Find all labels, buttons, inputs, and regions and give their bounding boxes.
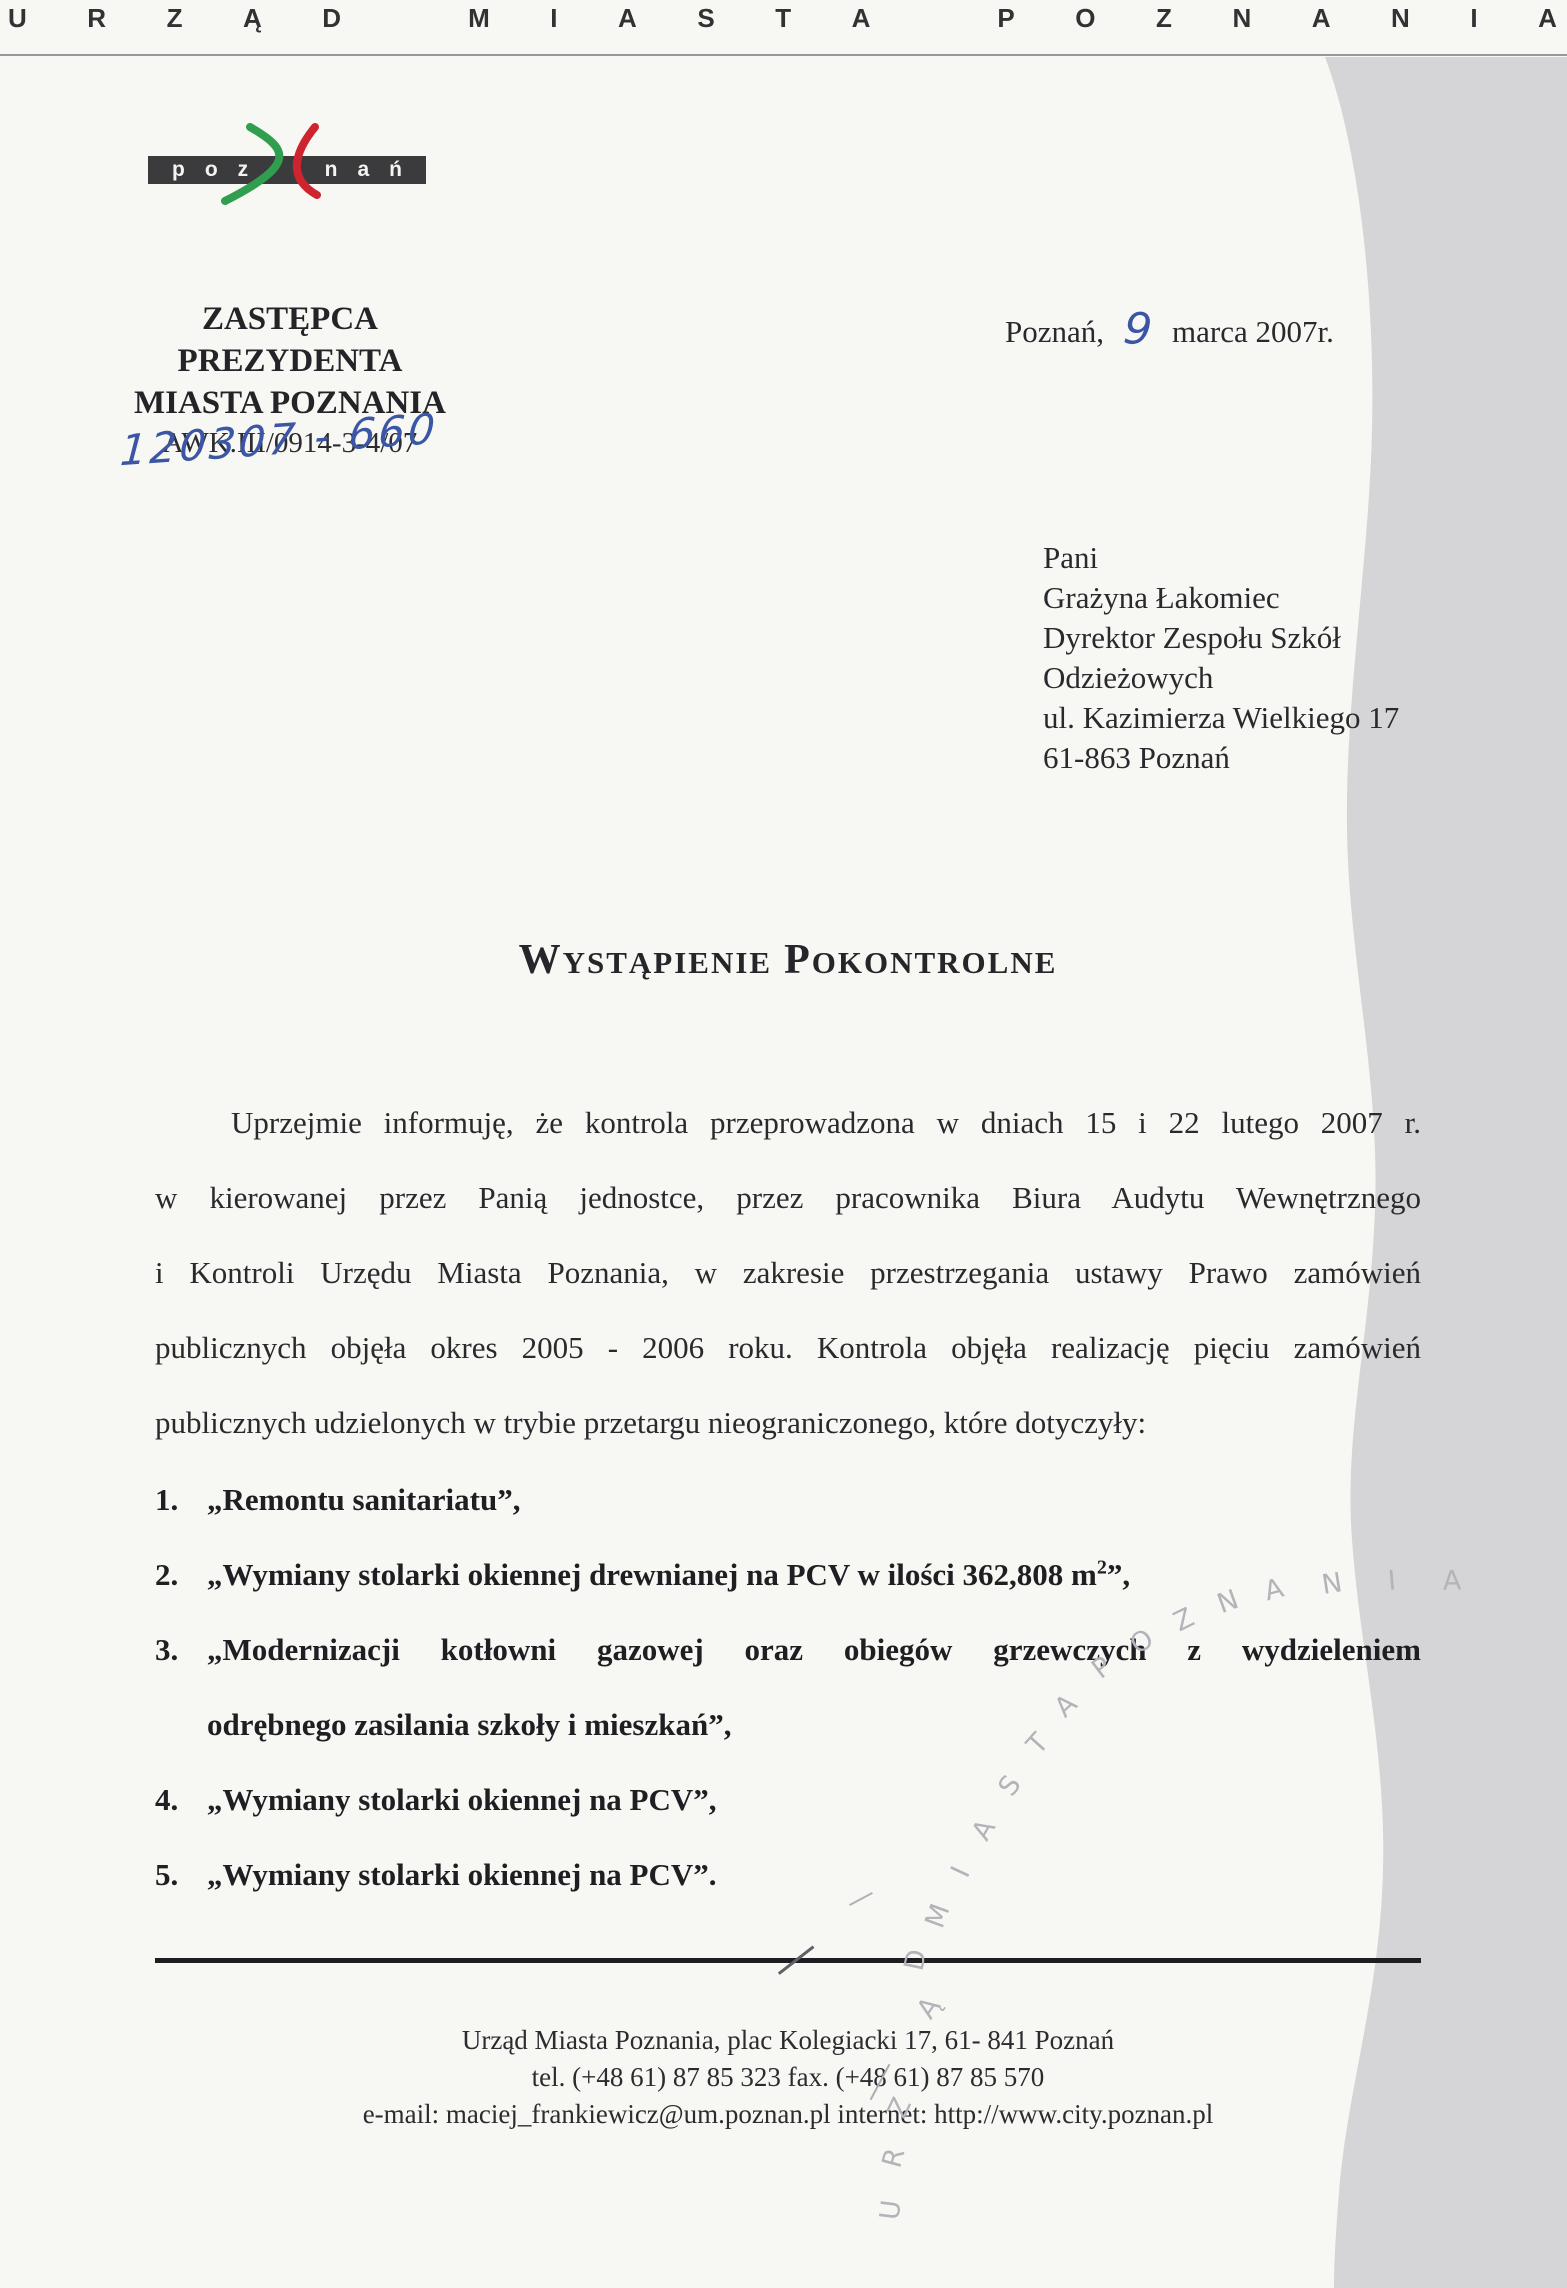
watermark-letter: Ą — [911, 1992, 947, 2025]
footer-address-line: Urząd Miasta Poznania, plac Kolegiacki 1… — [155, 2022, 1421, 2059]
letterhead-letter: N — [1232, 3, 1251, 34]
date-city: Poznań, — [1005, 314, 1104, 349]
recipient-line: Pani — [1043, 538, 1399, 578]
list-item: 3. „Modernizacji kotłowni gazowej oraz o… — [155, 1612, 1421, 1762]
list-item-line1: „Modernizacji kotłowni gazowej oraz obie… — [207, 1612, 1421, 1687]
watermark-letter: U — [874, 2198, 907, 2221]
list-item-text-span: „Wymiany stolarki okiennej na PCV”, — [207, 1782, 717, 1817]
footer-email-line: e-mail: maciej_frankiewicz@um.poznan.pl … — [155, 2096, 1421, 2133]
body-line: Uprzejmie informuję, że kontrola przepro… — [155, 1085, 1421, 1160]
body-line: w kierowanej przez Panią jednostce, prze… — [155, 1160, 1421, 1235]
recipient-block: Pani Grażyna Łakomiec Dyrektor Zespołu S… — [1043, 538, 1399, 778]
recipient-line: Odzieżowych — [1043, 658, 1399, 698]
body-line: publicznych udzielonych w trybie przetar… — [155, 1385, 1421, 1460]
letterhead-letter: U — [8, 3, 27, 34]
letterhead-letter: R — [87, 3, 106, 34]
letterhead-letter: N — [1391, 3, 1410, 34]
footer-rule — [155, 1958, 1421, 1963]
list-item: 5. „Wymiany stolarki okiennej na PCV”. — [155, 1837, 1421, 1912]
letterhead-letter: I — [1470, 3, 1477, 34]
letterhead-letter: A — [618, 3, 637, 34]
letterhead-rule — [0, 54, 1567, 56]
list-item-tail-span: ”, — [1107, 1557, 1130, 1592]
date-rest: marca 2007r. — [1172, 314, 1334, 349]
list-item: 1. „Remontu sanitariatu”, — [155, 1462, 1421, 1537]
sender-title-line1: ZASTĘPCA PREZYDENTA — [88, 298, 492, 382]
date-line: Poznań,9marca 2007r. — [1005, 302, 1334, 353]
contracts-list: 1. „Remontu sanitariatu”, 2. „Wymiany st… — [155, 1462, 1421, 1912]
list-item-text-span: „Remontu sanitariatu”, — [207, 1482, 520, 1517]
list-item-text: „Wymiany stolarki okiennej drewnianej na… — [207, 1537, 1421, 1612]
recipient-line: ul. Kazimierza Wielkiego 17 — [1043, 698, 1399, 738]
list-item-number: 4. — [155, 1762, 207, 1837]
document-title: WYSTĄPIENIEPOKONTROLNE — [155, 936, 1421, 984]
body-line: i Kontroli Urzędu Miasta Poznania, w zak… — [155, 1235, 1421, 1310]
logo-green-swoosh-icon — [225, 127, 279, 201]
list-item-number: 3. — [155, 1612, 207, 1687]
body-line: publicznych objęła okres 2005 - 2006 rok… — [155, 1310, 1421, 1385]
list-item-text-span: „Wymiany stolarki okiennej na PCV”. — [207, 1857, 717, 1892]
logo-swoosh-icon — [148, 114, 438, 226]
letterhead-letter: Ą — [243, 3, 262, 34]
list-item: 2. „Wymiany stolarki okiennej drewnianej… — [155, 1537, 1421, 1612]
list-item-number: 1. — [155, 1462, 207, 1537]
poznan-logo: poz nań — [148, 114, 438, 226]
letterhead-letter: O — [1075, 3, 1095, 34]
letterhead-letter: A — [852, 3, 871, 34]
list-item-text-span: „Wymiany stolarki okiennej drewnianej na… — [207, 1557, 1097, 1592]
list-item: 4. „Wymiany stolarki okiennej na PCV”, — [155, 1762, 1421, 1837]
letterhead-letters: URZĄDMIASTAPOZNANIA — [8, 2, 1557, 34]
list-item-text: „Wymiany stolarki okiennej na PCV”, — [207, 1762, 1421, 1837]
body-paragraph: Uprzejmie informuję, że kontrola przepro… — [155, 1085, 1421, 1460]
handwritten-day: 9 — [1121, 303, 1154, 357]
list-item-line2: odrębnego zasilania szkoły i mieszkań”, — [207, 1687, 1421, 1762]
letterhead-letter: S — [697, 3, 714, 34]
list-item-text: „Wymiany stolarki okiennej na PCV”. — [207, 1837, 1421, 1912]
list-item-text: „Remontu sanitariatu”, — [207, 1462, 1421, 1537]
letterhead-letter: Z — [1156, 3, 1172, 34]
title-word2-lead: P — [784, 937, 812, 983]
footer-contact-block: Urząd Miasta Poznania, plac Kolegiacki 1… — [155, 2022, 1421, 2133]
logo-red-swoosh-icon — [297, 127, 317, 195]
letterhead-letter: A — [1538, 3, 1557, 34]
scanned-letter-page: URZĄDMIASTAPOZNANIA poz nań ZASTĘPCA PRE… — [0, 0, 1567, 2288]
recipient-line: 61-863 Poznań — [1043, 738, 1399, 778]
watermark-letter: A — [1442, 1565, 1462, 1597]
list-item-text: „Modernizacji kotłowni gazowej oraz obie… — [207, 1612, 1421, 1762]
recipient-line: Dyrektor Zespołu Szkół — [1043, 618, 1399, 658]
letterhead-letter: T — [775, 3, 791, 34]
superscript-2: 2 — [1097, 1557, 1107, 1579]
letterhead-letter: P — [997, 3, 1014, 34]
list-item-number: 2. — [155, 1537, 207, 1612]
letterhead-letter: I — [550, 3, 557, 34]
title-word2-rest: OKONTROLNE — [812, 945, 1058, 980]
recipient-line: Grażyna Łakomiec — [1043, 578, 1399, 618]
letterhead-letter: M — [468, 3, 490, 34]
watermark-letter: R — [877, 2145, 912, 2171]
footer-phone-line: tel. (+48 61) 87 85 323 fax. (+48 61) 87… — [155, 2059, 1421, 2096]
title-word1-lead: W — [519, 937, 563, 983]
list-item-number: 5. — [155, 1837, 207, 1912]
letterhead-letter: Z — [167, 3, 183, 34]
letterhead-letter: A — [1312, 3, 1331, 34]
title-word1-rest: YSTĄPIENIE — [563, 945, 773, 980]
letterhead-letter: D — [322, 3, 341, 34]
